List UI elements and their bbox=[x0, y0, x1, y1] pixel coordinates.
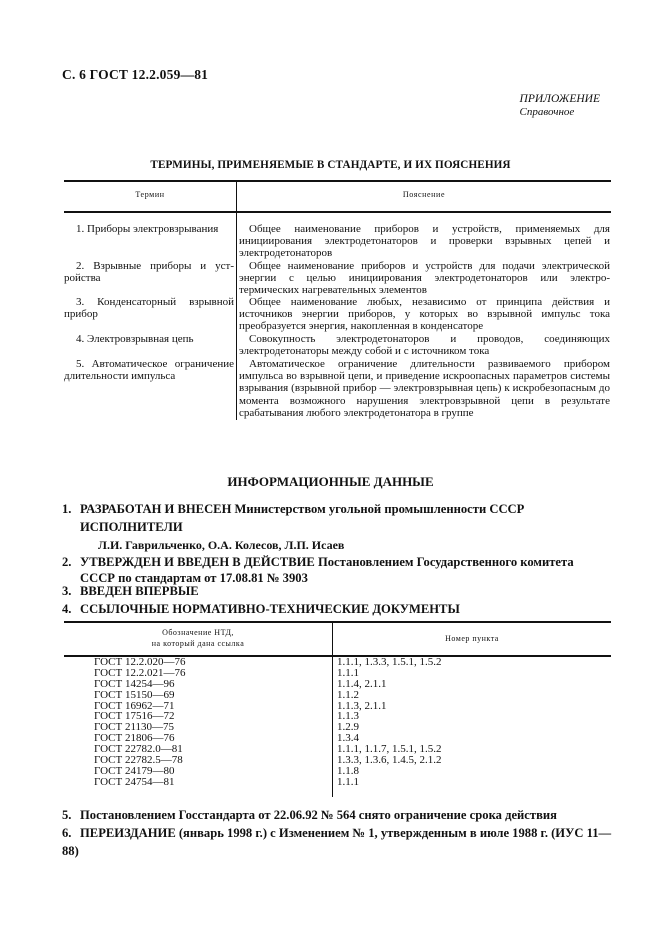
terms-section-title: ТЕРМИНЫ, ПРИМЕНЯЕМЫЕ В СТАНДАРТЕ, И ИХ П… bbox=[0, 159, 661, 171]
info-item-executors: ИСПОЛНИТЕЛИ bbox=[62, 518, 607, 536]
explanation-cell: Автоматическое ограничение длительности … bbox=[239, 358, 610, 419]
column-header-explanation: Пояснение bbox=[237, 190, 611, 199]
column-divider bbox=[236, 180, 237, 420]
appendix-label: ПРИЛОЖЕНИЕ Справочное bbox=[520, 93, 600, 119]
appendix-title: ПРИЛОЖЕНИЕ bbox=[520, 93, 600, 106]
column-header-points: Номер пункта bbox=[333, 633, 611, 644]
table-row: ГОСТ 15150—691.1.2 bbox=[64, 690, 611, 701]
term-cell: 2. Взрывные приборы и уст-ройства bbox=[64, 260, 234, 284]
info-item-3: 3.ВВЕДЕН ВПЕРВЫЕ bbox=[62, 582, 607, 600]
document-designation: ГОСТ 24754—81 bbox=[94, 777, 174, 788]
table-rule bbox=[64, 621, 611, 623]
appendix-type: Справочное bbox=[520, 106, 600, 119]
explanation-cell: Общее наименование любых, независимо от … bbox=[239, 296, 610, 333]
table-rule bbox=[64, 180, 611, 182]
info-item-executors-names: Л.И. Гаврильченко, О.А. Колесов, Л.П. Ис… bbox=[62, 536, 607, 554]
info-item-1: 1.РАЗРАБОТАН И ВНЕСЕН Министерством угол… bbox=[62, 500, 607, 518]
references-rows: ГОСТ 12.2.020—761.1.1, 1.3.3, 1.5.1, 1.5… bbox=[64, 657, 611, 788]
clause-numbers: 1.1.1 bbox=[337, 777, 359, 788]
table-row: ГОСТ 24754—811.1.1 bbox=[64, 777, 611, 788]
column-header-document: Обозначение НТД, на который дана ссылка bbox=[64, 627, 332, 649]
term-cell: 1. Приборы электровзрывания bbox=[64, 223, 234, 235]
info-section-title: ИНФОРМАЦИОННЫЕ ДАННЫЕ bbox=[0, 474, 661, 490]
info-item-6: 6.ПЕРЕИЗДАНИЕ (январь 1998 г.) с Изменен… bbox=[62, 824, 622, 860]
term-cell: 5. Автоматическое ограничение длительнос… bbox=[64, 358, 234, 382]
term-cell: 4. Электровзрывная цепь bbox=[64, 333, 234, 345]
page-header: С. 6 ГОСТ 12.2.059—81 bbox=[62, 67, 208, 83]
info-item-5: 5.Постановлением Госстандарта от 22.06.9… bbox=[62, 806, 607, 824]
explanation-cell: Общее наименование приборов и устройств … bbox=[239, 260, 610, 297]
table-rule bbox=[64, 211, 611, 213]
info-item-4: 4.ССЫЛОЧНЫЕ НОРМАТИВНО-ТЕХНИЧЕСКИЕ ДОКУМ… bbox=[62, 600, 607, 618]
column-header-term: Термин bbox=[64, 190, 236, 199]
explanation-cell: Общее наименование приборов и устройств,… bbox=[239, 223, 610, 260]
explanation-cell: Совокупность электродетонаторов и провод… bbox=[239, 333, 610, 357]
term-cell: 3. Конденсаторный взрывной прибор bbox=[64, 296, 234, 320]
